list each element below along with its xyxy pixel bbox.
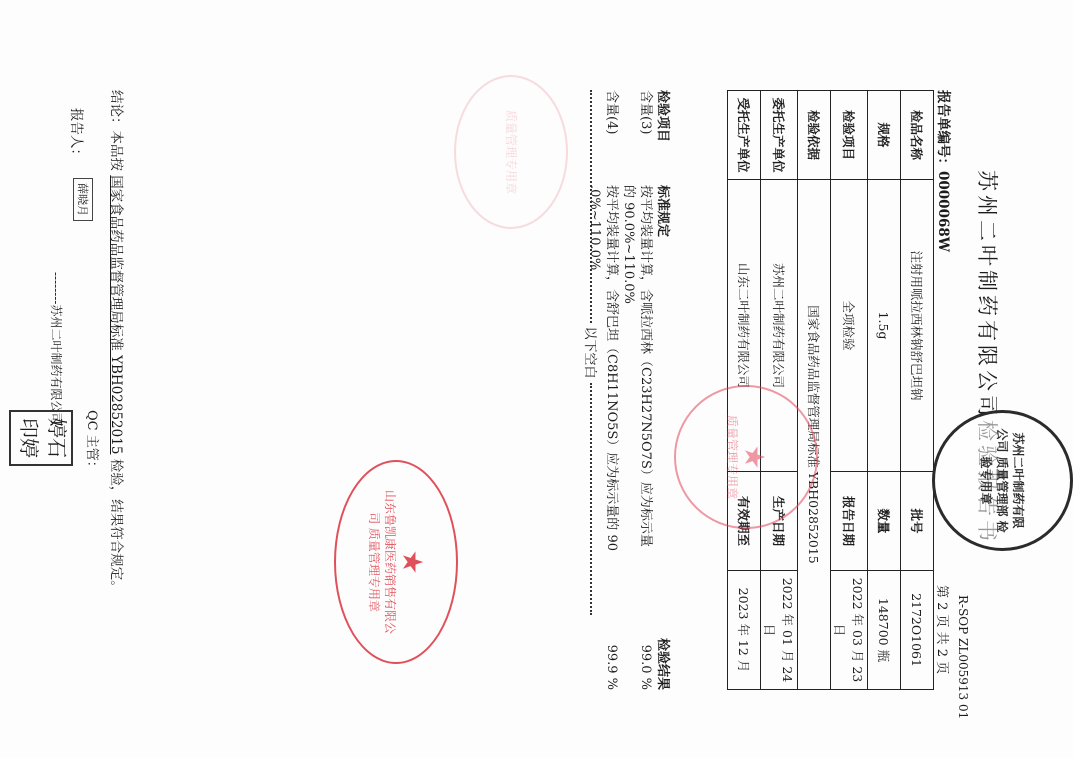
value-cell: 2022 年 03 月 23 日 bbox=[831, 571, 868, 690]
page-info: 第 2 页 共 2 页 bbox=[934, 585, 953, 674]
star-icon: ★ bbox=[398, 487, 426, 637]
label-cell: 批号 bbox=[901, 472, 934, 571]
label-cell: 检品名称 bbox=[901, 91, 934, 180]
dotted-rule bbox=[591, 383, 593, 616]
value-cell: 全项检验 bbox=[831, 180, 868, 472]
company-footer: --------苏州二叶制药有限公司 bbox=[48, 272, 65, 424]
reporter-signature: 薛晓月 bbox=[73, 178, 93, 221]
report-number: 报告单编号：0000068W bbox=[935, 90, 955, 252]
label-cell: 检验项目 bbox=[831, 91, 868, 180]
dotted-rule bbox=[591, 90, 593, 323]
red-stamp-bottom: ★ 山东鲁凯康医药销售有限公司 质量管理专用章 bbox=[334, 460, 458, 664]
label-cell: 规格 bbox=[868, 91, 901, 180]
conclusion-suffix: 检验，结果符合规定。 bbox=[108, 459, 124, 594]
test-result: 99.0 % bbox=[620, 620, 654, 690]
conclusion: 结论：本品按 国家食品药品监督管理局标准 YBH02852015 检验，结果符合… bbox=[108, 90, 128, 594]
report-number-label: 报告单编号： bbox=[935, 90, 951, 171]
test-results-header: 检验项目 标准规定 检验结果 bbox=[654, 90, 671, 690]
rotated-document-page: 苏州二叶制药有限公司检验报告书 R-SOP ZL005913 01 第 2 页 … bbox=[0, 0, 1073, 758]
standard-line: 按平均装量计算，含哌拉西林（C23H27N5O7S）应为标示量 bbox=[638, 185, 653, 547]
standard-line: 按平均装量计算，含舒巴坦（C8H11NO5S）应为标示量的 90 bbox=[604, 185, 619, 551]
test-standard: 按平均装量计算，含哌拉西林（C23H27N5O7S）应为标示量 的 90.0%~… bbox=[620, 185, 654, 620]
value-cell: 2172O1061 bbox=[901, 571, 934, 690]
report-number-value: 0000068W bbox=[935, 171, 951, 252]
value-cell: 2023 年 12 月 bbox=[728, 571, 761, 690]
qc-manager-label: QC 主管： bbox=[84, 410, 103, 474]
label-cell: 受托生产单位 bbox=[728, 91, 761, 180]
black-qc-stamp: 苏州二叶制药有限公司 质量管理部 检验专用章 bbox=[932, 410, 1073, 551]
table-row: 规格 1.5g 数量 148700 瓶 bbox=[868, 91, 901, 690]
header-result: 检验结果 bbox=[654, 620, 671, 690]
reporter-label: 报告人： bbox=[68, 108, 88, 162]
test-row: 含量(3) 按平均装量计算，含哌拉西林（C23H27N5O7S）应为标示量 的 … bbox=[620, 90, 654, 690]
label-cell: 数量 bbox=[868, 472, 901, 571]
value-cell: 注射用哌拉西林钠舒巴坦钠 bbox=[901, 180, 934, 472]
red-stamp-center: ★ 质量管理专用章 bbox=[674, 385, 818, 529]
star-icon: ★ bbox=[740, 415, 768, 499]
conclusion-standard: 国家食品药品监督管理局标准 YBH02852015 bbox=[108, 175, 124, 454]
test-result: 99.9 % bbox=[586, 620, 620, 690]
header-standard: 标准规定 bbox=[654, 185, 671, 620]
value-cell: 2022 年 01 月 24 日 bbox=[761, 571, 798, 690]
label-cell: 检验依据 bbox=[798, 91, 831, 180]
conclusion-prefix: 结论：本品按 bbox=[108, 90, 124, 171]
value-cell: 1.5g bbox=[868, 180, 901, 472]
value-cell: 148700 瓶 bbox=[868, 571, 901, 690]
form-code: R-SOP ZL005913 01 bbox=[956, 595, 970, 719]
table-row: 检品名称 注射用哌拉西林钠舒巴坦钠 批号 2172O1061 bbox=[901, 91, 934, 690]
stamp-text: 质量管理专用章 bbox=[725, 415, 739, 499]
table-row: 检验依据 国家食品药品监督管理局标准 YBH02852015 bbox=[798, 91, 831, 690]
label-cell: 报告日期 bbox=[831, 472, 868, 571]
stamp-text: 质量管理专用章 bbox=[503, 110, 519, 194]
header-item: 检验项目 bbox=[654, 90, 671, 185]
table-row: 检验项目 全项检验 报告日期 2022 年 03 月 23 日 bbox=[831, 91, 868, 690]
stamp-text: 山东鲁凯康医药销售有限公司 质量管理专用章 bbox=[367, 490, 397, 634]
blank-below-text: 以下空白 bbox=[582, 323, 601, 383]
qc-seal: 婷石印婷 bbox=[9, 410, 73, 466]
blank-below-marker: 以下空白 bbox=[582, 90, 601, 615]
standard-line: 的 90.0%~110.0% bbox=[621, 185, 636, 304]
test-item: 含量(3) bbox=[620, 90, 654, 185]
label-cell: 委托生产单位 bbox=[761, 91, 798, 180]
stamp-text: 苏州二叶制药有限公司 质量管理部 检验专用章 bbox=[979, 428, 1027, 533]
faint-stamp: 质量管理专用章 bbox=[454, 75, 568, 229]
